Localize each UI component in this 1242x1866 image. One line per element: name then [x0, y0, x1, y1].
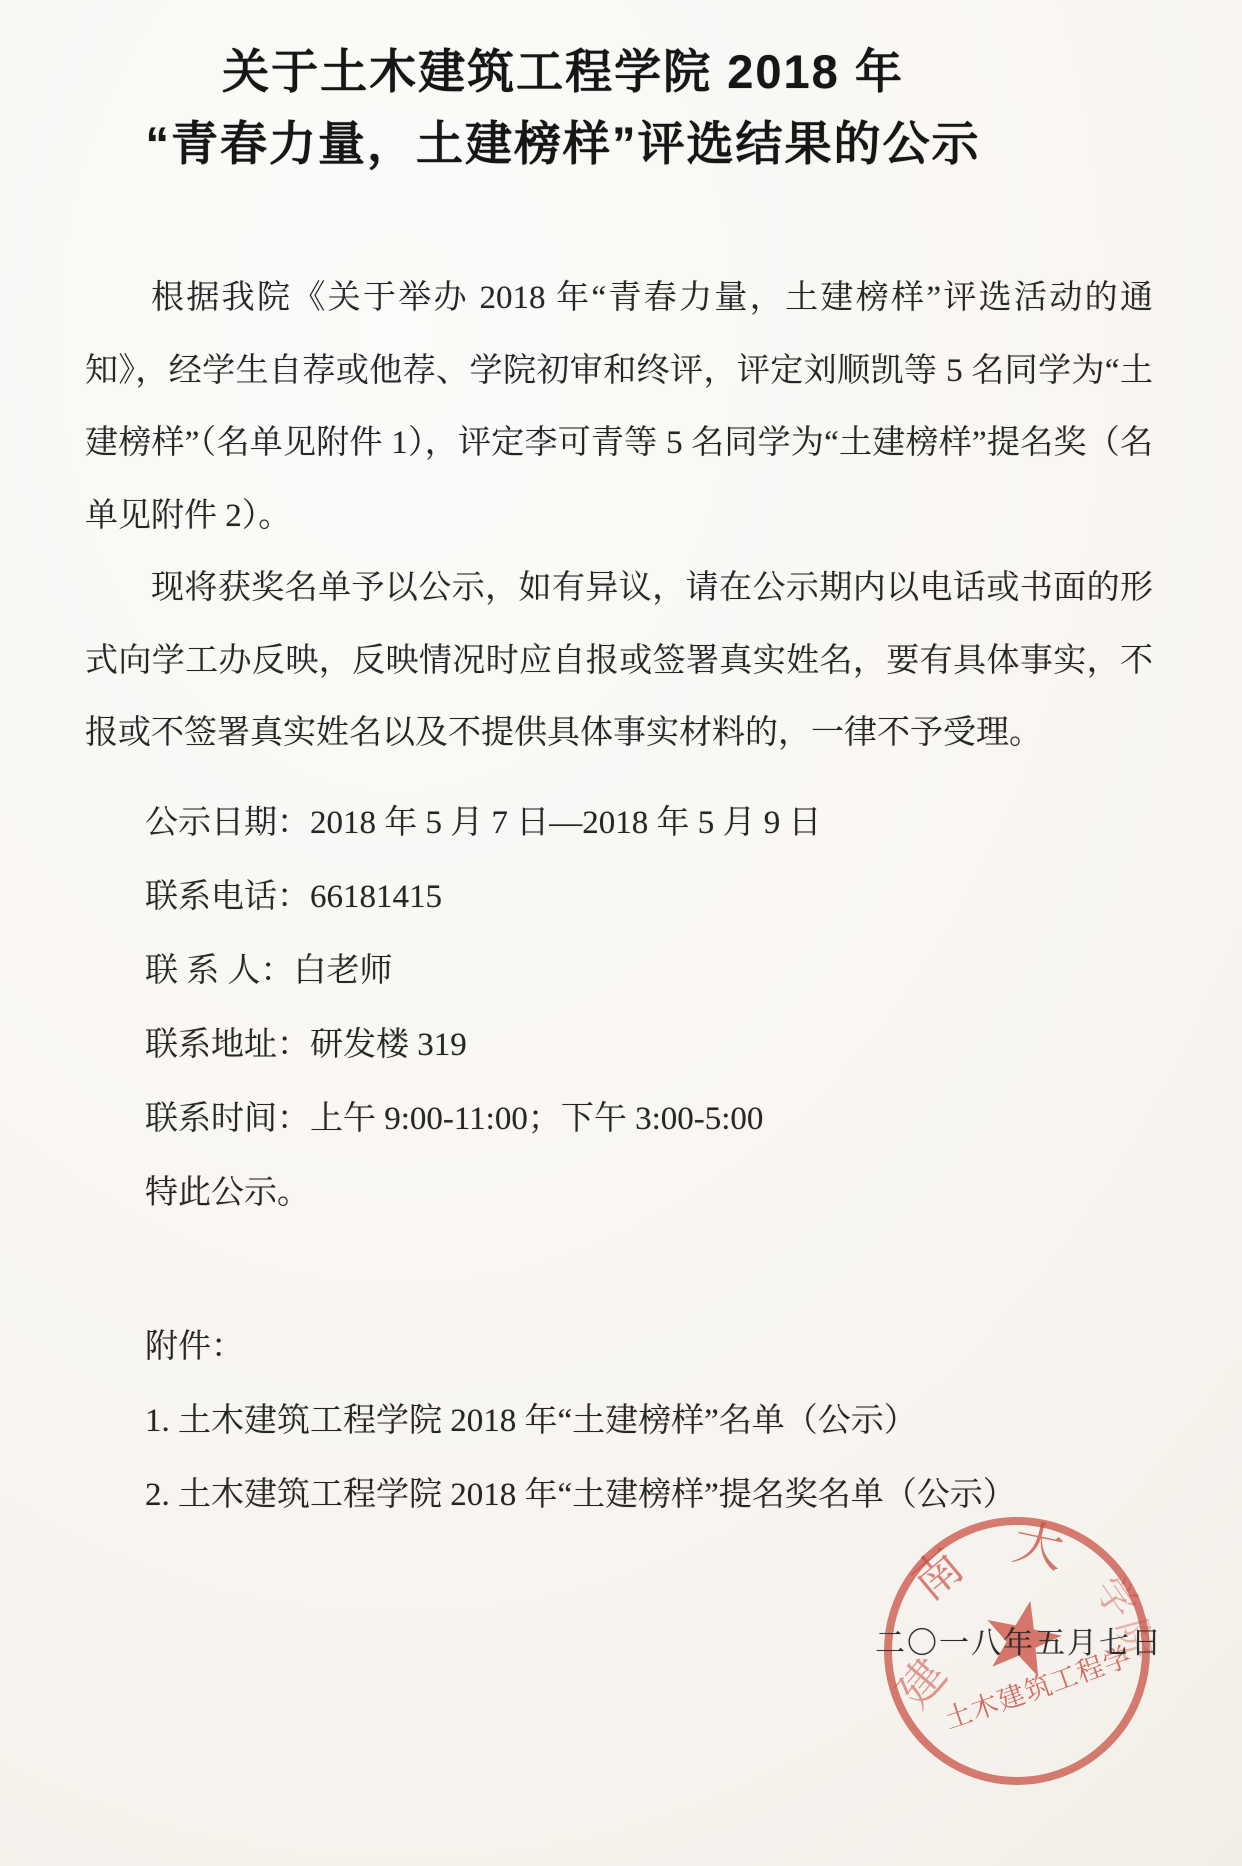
title-line-2: “青春力量，土建榜样”评选结果的公示 [0, 108, 1184, 180]
attachment-item-1: 1. 土木建筑工程学院 2018 年“土建榜样”名单（公示） [85, 1384, 1153, 1458]
attachments-section: 附件： 1. 土木建筑工程学院 2018 年“土建榜样”名单（公示） 2. 土木… [85, 1310, 1153, 1532]
info-line-time: 联系时间：上午 9:00-11:00；下午 3:00-5:00 [85, 1082, 1153, 1156]
signature-date: 二〇一八年五月七日 [875, 1626, 1163, 1662]
paragraph-notice: 现将获奖名单予以公示，如有异议，请在公示期内以电话或书面的形式向学工办反映，反映… [85, 552, 1153, 770]
document-title: 关于土木建筑工程学院 2018 年 “青春力量，土建榜样”评选结果的公示 [0, 36, 1184, 180]
contact-info-block: 公示日期：2018 年 5 月 7 日—2018 年 5 月 9 日 联系电话：… [85, 786, 1153, 1230]
title-line-1: 关于土木建筑工程学院 2018 年 [0, 36, 1184, 108]
info-line-contact-person: 联 系 人：白老师 [85, 934, 1153, 1008]
paragraph-basis: 根据我院《关于举办 2018 年“青春力量，土建榜样”评选活动的通知》，经学生自… [85, 262, 1153, 552]
info-line-address: 联系地址：研发楼 319 [85, 1008, 1153, 1082]
info-line-publicity-date: 公示日期：2018 年 5 月 7 日—2018 年 5 月 9 日 [85, 786, 1153, 860]
info-line-phone: 联系电话：66181415 [85, 860, 1153, 934]
seal-ring-char-top: 大 [1008, 1514, 1069, 1579]
closing-line: 特此公示。 [85, 1156, 1153, 1230]
attachments-label: 附件： [85, 1310, 1153, 1384]
document-body: 根据我院《关于举办 2018 年“青春力量，土建榜样”评选活动的通知》，经学生自… [85, 262, 1153, 1532]
seal-ring-char-top-left: 南 [903, 1539, 974, 1610]
scanned-notice-page: 关于土木建筑工程学院 2018 年 “青春力量，土建榜样”评选结果的公示 根据我… [0, 0, 1242, 1866]
